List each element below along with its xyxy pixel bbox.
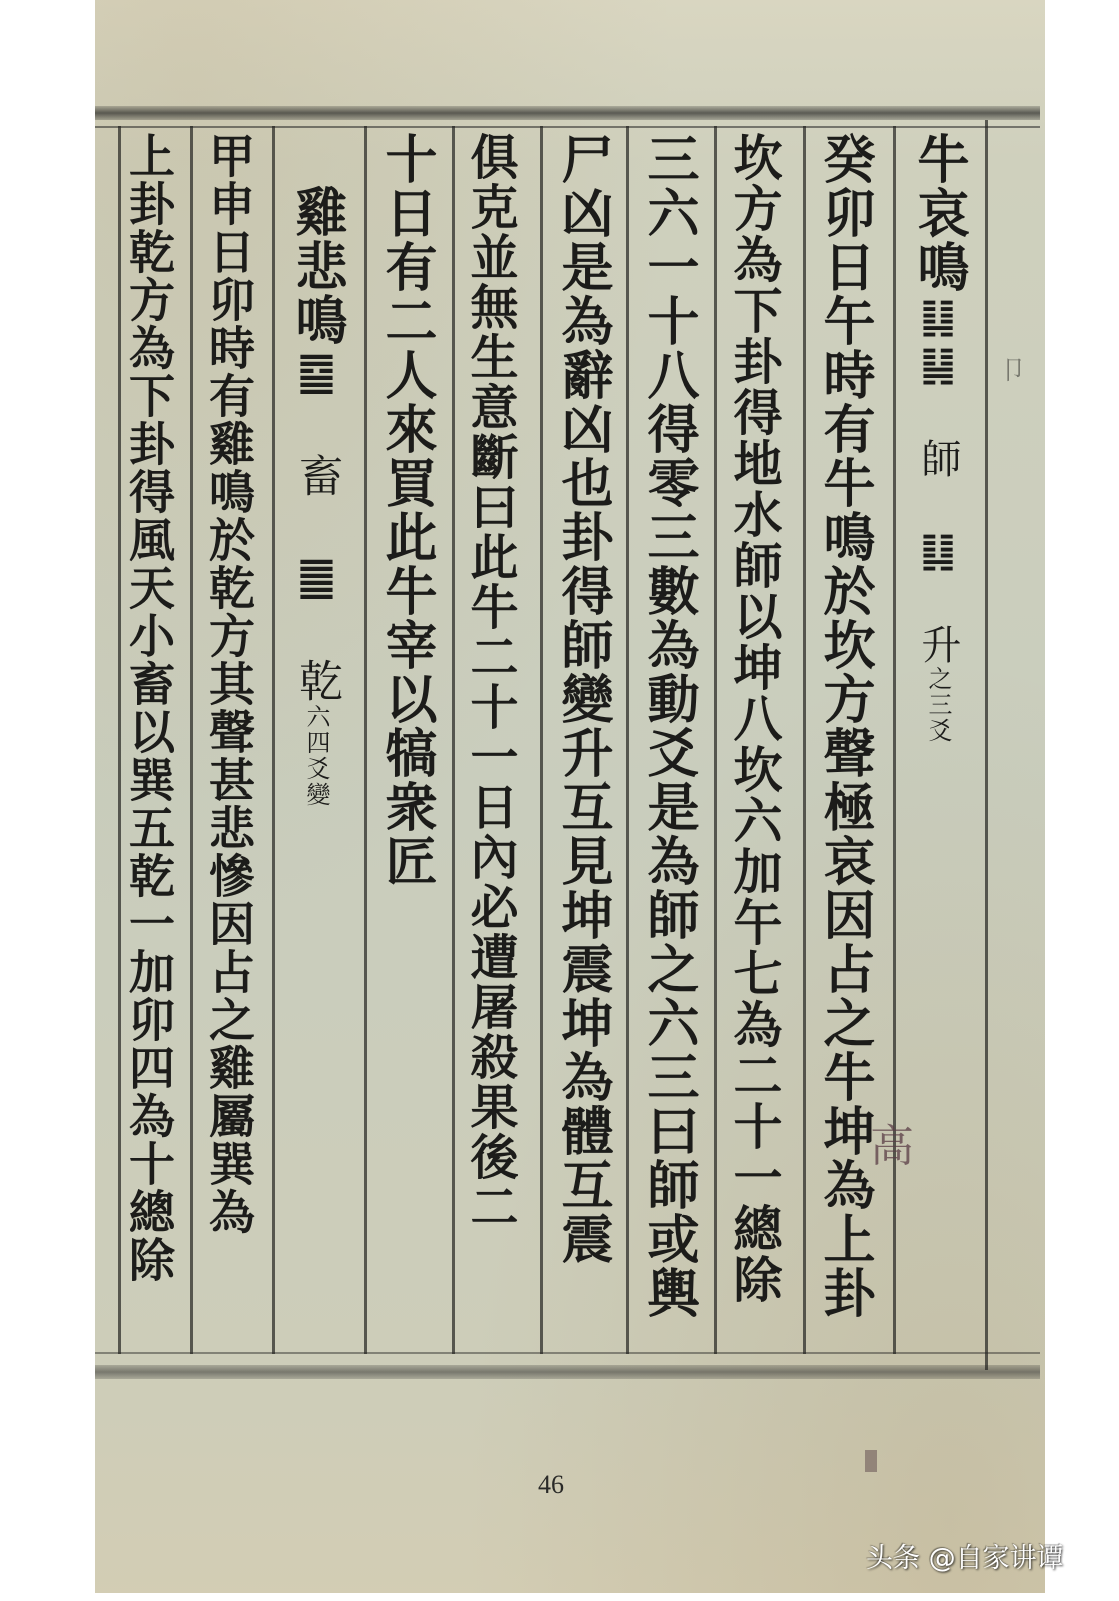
column-9: 甲申日卯時有雞鳴於乾方其聲甚悲慘因占之雞屬巽為 [206,132,252,1347]
bottom-thin-rule [95,1352,1040,1354]
column-4: 三六一十八得零三數為動爻是為師之六三曰師或輿 [642,132,694,1347]
margin-mark: ⼙ [1000,350,1026,387]
page-bottom-edge [95,1593,1045,1601]
paper-stain [865,1450,877,1472]
hexagram-note: ䷈ 畜 ䷀ 乾 [291,347,342,704]
top-thin-rule [95,126,1040,128]
column-rule [364,126,367,1354]
column-text: 甲申日卯時有雞鳴於乾方其聲甚悲慘因占之雞屬巽為 [202,132,256,1236]
bottom-border-rule [95,1365,1040,1379]
column-1-title: 牛哀鳴䷆䷭ 師 ䷆ 升之三爻 [912,132,964,1347]
column-text: 尸凶是為辭凶也卦得師變升互見坤震坤為體互震 [552,132,613,1266]
annotation: 六四爻變 [302,704,330,808]
column-text: 俱克並無生意斷曰此牛二十一日內必遭屠殺果後二 [462,132,518,1232]
hexagram-note: ䷆䷭ 師 ䷆ 升 [915,294,961,666]
column-8-title: 雞悲鳴䷈ 畜 ䷀ 乾六四爻變 [290,185,342,1400]
column-rule [803,126,806,1354]
column-rule [985,120,988,1370]
watermark: 头条 @自家讲谭 [866,1536,1064,1575]
column-rule [452,126,455,1354]
column-rule [272,126,275,1354]
page-number: 46 [538,1470,564,1500]
column-2: 癸卯日午時有牛鳴於坎方聲極哀因占之牛坤為上卦 [818,132,870,1347]
column-5: 尸凶是為辭凶也卦得師變升互見坤震坤為體互震 [556,132,608,1347]
annotation: 之三爻 [924,666,952,744]
title-text: 牛哀鳴 [908,132,969,294]
column-rule [190,126,193,1354]
column-text: 坎方為下卦得地水師以坤八坎六加午七為二十一總除 [726,132,784,1305]
column-7: 十日有二人來買此牛宰以犒衆匠 [380,132,432,1347]
column-rule [540,126,543,1354]
column-6: 俱克並無生意斷曰此牛二十一日內必遭屠殺果後二 [466,132,514,1347]
column-3: 坎方為下卦得地水師以坤八坎六加午七為二十一總除 [730,132,779,1347]
column-rule [626,126,629,1354]
column-rule [118,126,121,1354]
top-border-rule [95,106,1040,120]
column-text: 三六一十八得零三數為動爻是為師之六三曰師或輿 [638,132,699,1320]
seal-mark: 高 [870,1110,908,1170]
title-text: 雞悲鳴 [286,185,347,347]
column-text: 十日有二人來買此牛宰以犒衆匠 [376,132,437,888]
column-text: 上卦乾方為下卦得風天小畜以巽五乾一加卯四為十總除 [122,132,176,1284]
column-rule [714,126,717,1354]
column-text: 癸卯日午時有牛鳴於坎方聲極哀因占之牛坤為上卦 [814,132,875,1320]
column-10: 上卦乾方為下卦得風天小畜以巽五乾一加卯四為十總除 [126,132,172,1347]
